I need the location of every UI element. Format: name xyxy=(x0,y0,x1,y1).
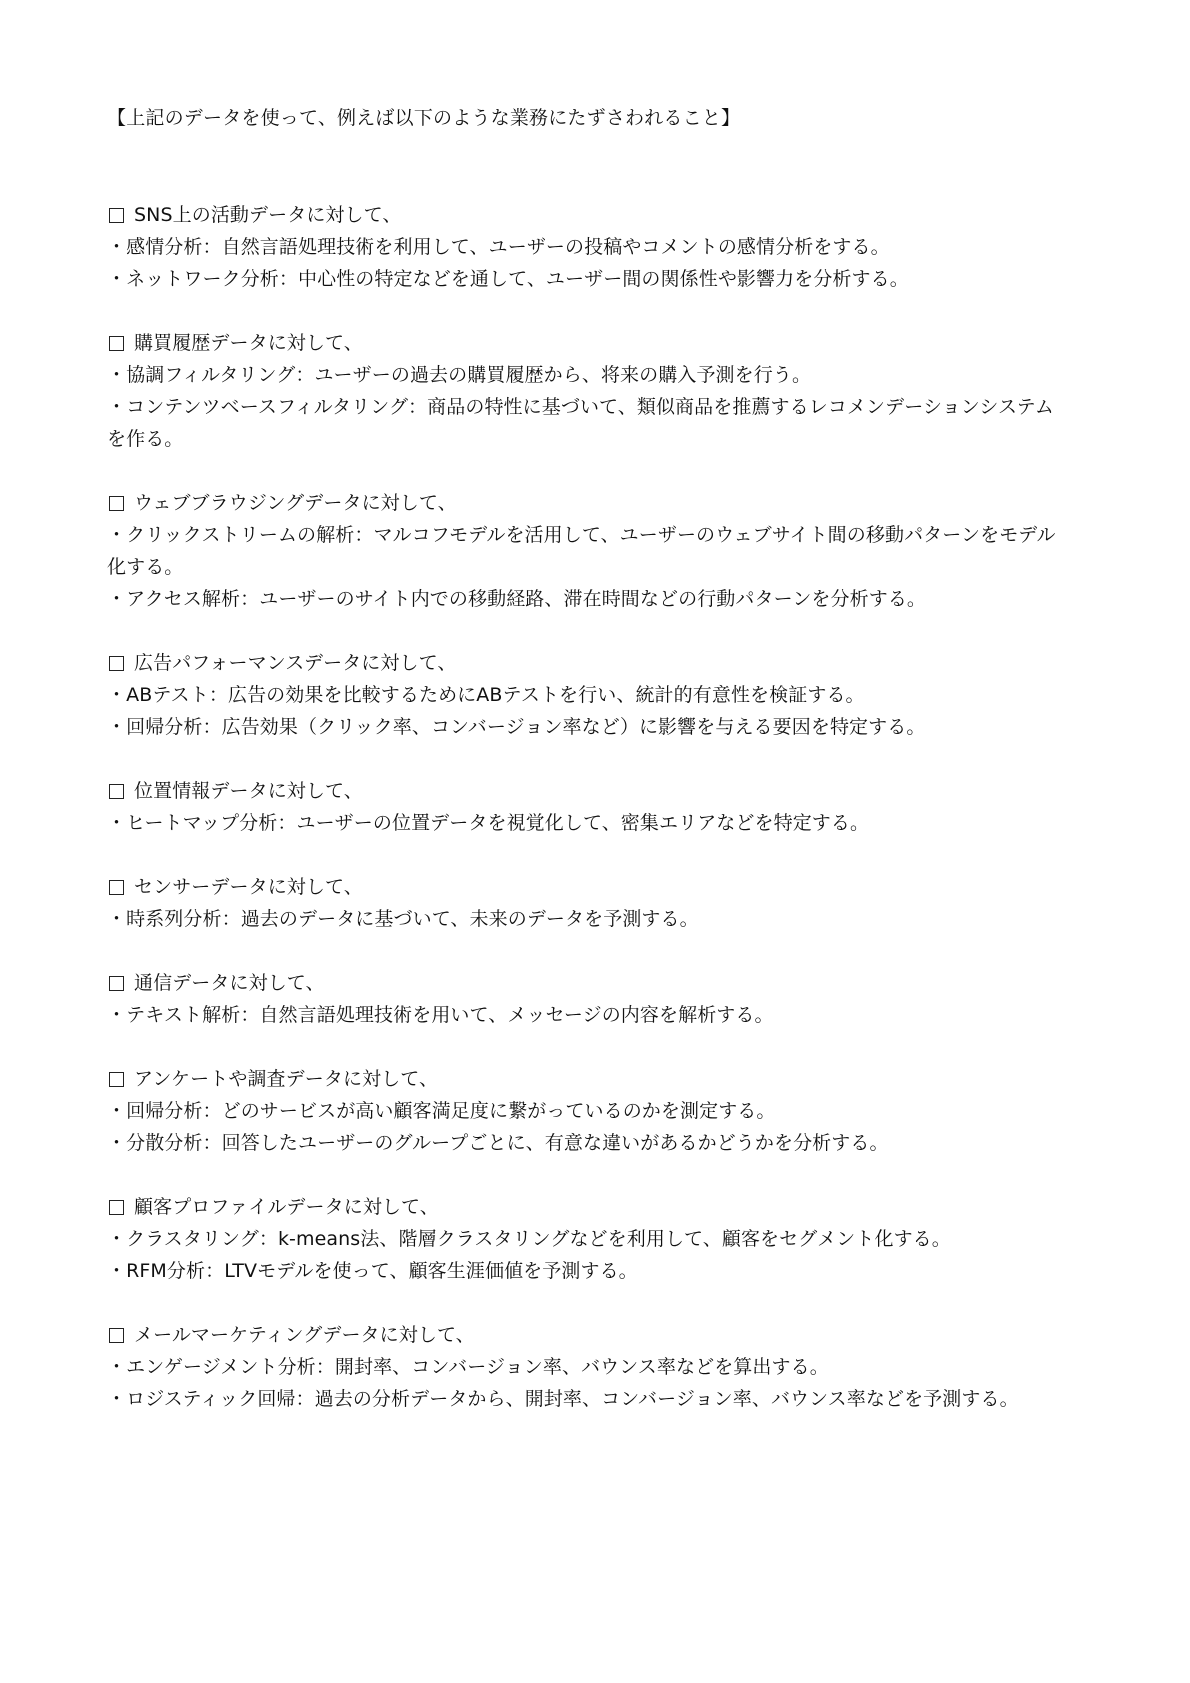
list-item: ・分散分析：回答したユーザーのグループごとに、有意な違いがあるかどうかを分析する… xyxy=(107,1127,1067,1159)
checkbox-icon xyxy=(109,784,124,799)
list-item: ・コンテンツベースフィルタリング：商品の特性に基づいて、類似商品を推薦するレコメ… xyxy=(107,391,1067,455)
list-item: ・クリックストリームの解析：マルコフモデルを活用して、ユーザーのウェブサイト間の… xyxy=(107,519,1067,583)
section-title: センサーデータに対して、 xyxy=(134,871,363,903)
list-item: ・エンゲージメント分析：開封率、コンバージョン率、バウンス率などを算出する。 xyxy=(107,1351,1067,1383)
document-heading: 【上記のデータを使って、例えば以下のような業務にたずさわれること】 xyxy=(107,102,1067,134)
checkbox-icon xyxy=(109,1328,124,1343)
checkbox-icon xyxy=(109,880,124,895)
checkbox-icon xyxy=(109,976,124,991)
document-page: 【上記のデータを使って、例えば以下のような業務にたずさわれること】 SNS上の活… xyxy=(107,102,1067,1447)
section-title: 位置情報データに対して、 xyxy=(134,775,363,807)
list-item: ・ネットワーク分析：中心性の特定などを通して、ユーザー間の関係性や影響力を分析す… xyxy=(107,263,1067,295)
list-item: ・ABテスト：広告の効果を比較するためにABテストを行い、統計的有意性を検証する… xyxy=(107,679,1067,711)
list-item: ・ヒートマップ分析：ユーザーの位置データを視覚化して、密集エリアなどを特定する。 xyxy=(107,807,1067,839)
section-communication: 通信データに対して、 ・テキスト解析：自然言語処理技術を用いて、メッセージの内容… xyxy=(107,967,1067,1031)
list-item: ・時系列分析：過去のデータに基づいて、未来のデータを予測する。 xyxy=(107,903,1067,935)
section-title: ウェブブラウジングデータに対して、 xyxy=(134,487,457,519)
section-title: アンケートや調査データに対して、 xyxy=(134,1063,438,1095)
checkbox-icon xyxy=(109,1072,124,1087)
section-customer-profile: 顧客プロファイルデータに対して、 ・クラスタリング：k-means法、階層クラス… xyxy=(107,1191,1067,1287)
section-title: 顧客プロファイルデータに対して、 xyxy=(134,1191,439,1223)
checkbox-icon xyxy=(109,208,124,223)
section-title: SNS上の活動データに対して、 xyxy=(134,199,401,231)
list-item: ・回帰分析：どのサービスが高い顧客満足度に繋がっているのかを測定する。 xyxy=(107,1095,1067,1127)
checkbox-icon xyxy=(109,496,124,511)
list-item: ・テキスト解析：自然言語処理技術を用いて、メッセージの内容を解析する。 xyxy=(107,999,1067,1031)
section-title: 通信データに対して、 xyxy=(134,967,325,999)
section-ad-performance: 広告パフォーマンスデータに対して、 ・ABテスト：広告の効果を比較するためにAB… xyxy=(107,647,1067,743)
list-item: ・ロジスティック回帰：過去の分析データから、開封率、コンバージョン率、バウンス率… xyxy=(107,1383,1067,1415)
checkbox-icon xyxy=(109,1200,124,1215)
section-purchase-history: 購買履歴データに対して、 ・協調フィルタリング：ユーザーの過去の購買履歴から、将… xyxy=(107,327,1067,455)
list-item: ・協調フィルタリング：ユーザーの過去の購買履歴から、将来の購入予測を行う。 xyxy=(107,359,1067,391)
section-email-marketing: メールマーケティングデータに対して、 ・エンゲージメント分析：開封率、コンバージ… xyxy=(107,1319,1067,1415)
list-item: ・感情分析：自然言語処理技術を利用して、ユーザーの投稿やコメントの感情分析をする… xyxy=(107,231,1067,263)
section-web-browsing: ウェブブラウジングデータに対して、 ・クリックストリームの解析：マルコフモデルを… xyxy=(107,487,1067,615)
list-item: ・RFM分析：LTVモデルを使って、顧客生涯価値を予測する。 xyxy=(107,1255,1067,1287)
checkbox-icon xyxy=(109,656,124,671)
section-title: 購買履歴データに対して、 xyxy=(134,327,363,359)
section-survey: アンケートや調査データに対して、 ・回帰分析：どのサービスが高い顧客満足度に繋が… xyxy=(107,1063,1067,1159)
list-item: ・クラスタリング：k-means法、階層クラスタリングなどを利用して、顧客をセグ… xyxy=(107,1223,1067,1255)
section-title: 広告パフォーマンスデータに対して、 xyxy=(134,647,456,679)
list-item: ・アクセス解析：ユーザーのサイト内での移動経路、滞在時間などの行動パターンを分析… xyxy=(107,583,1067,615)
section-sensor: センサーデータに対して、 ・時系列分析：過去のデータに基づいて、未来のデータを予… xyxy=(107,871,1067,935)
list-item: ・回帰分析：広告効果（クリック率、コンバージョン率など）に影響を与える要因を特定… xyxy=(107,711,1067,743)
section-location: 位置情報データに対して、 ・ヒートマップ分析：ユーザーの位置データを視覚化して、… xyxy=(107,775,1067,839)
section-title: メールマーケティングデータに対して、 xyxy=(134,1319,475,1351)
checkbox-icon xyxy=(109,336,124,351)
section-sns: SNS上の活動データに対して、 ・感情分析：自然言語処理技術を利用して、ユーザー… xyxy=(107,199,1067,295)
